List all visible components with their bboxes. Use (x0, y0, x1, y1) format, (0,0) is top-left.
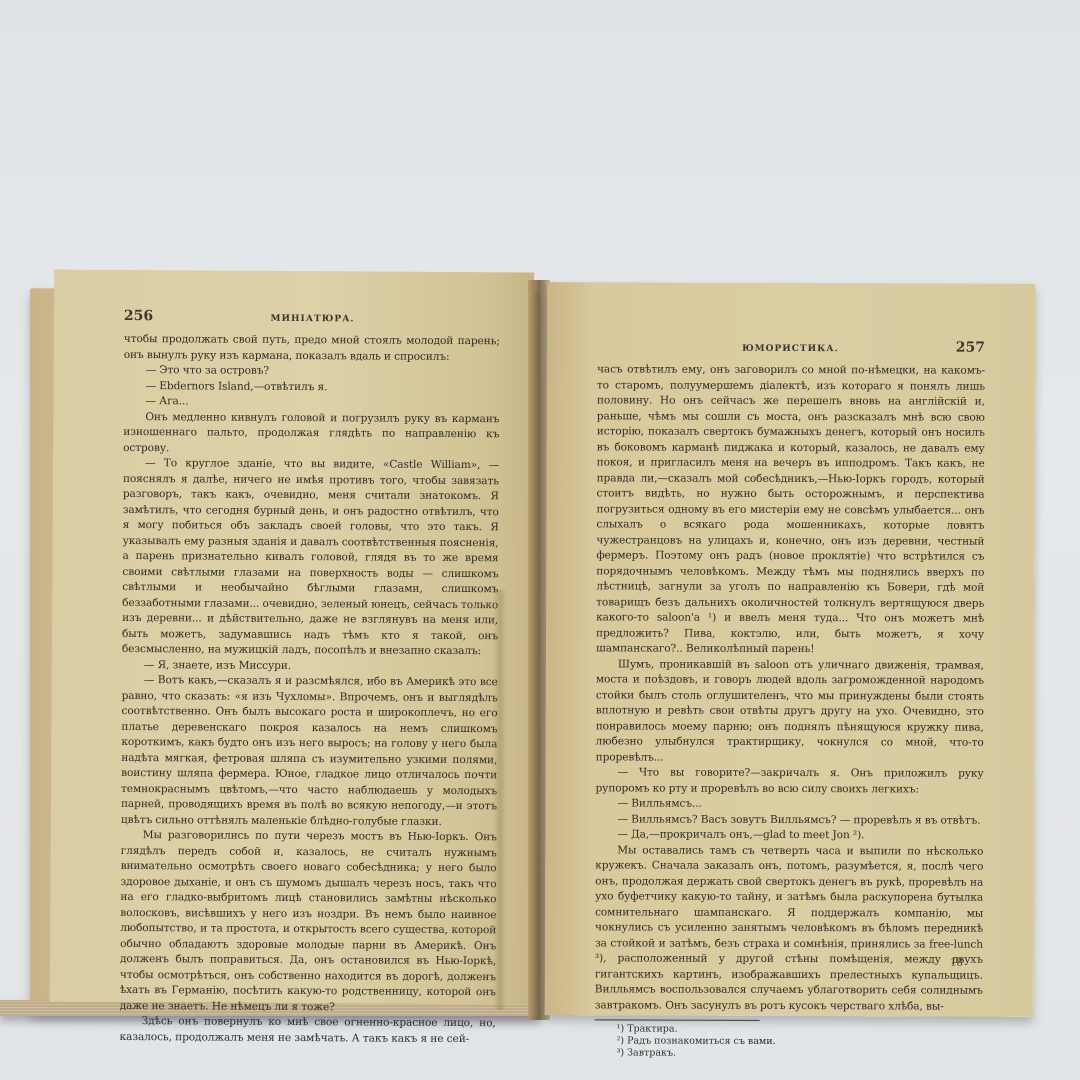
running-head-right: ЮМОРИСТИКА. 257 (597, 338, 985, 355)
signature-mark: 18 (950, 958, 963, 969)
paragraph: Мы разговорились по пути черезъ мостъ въ… (120, 828, 497, 1016)
running-head-left: 256 МИНІАТЮРА. (124, 308, 500, 326)
dialogue-line: — Вилльямсъ? Васъ зовутъ Вилльямсъ? — пр… (595, 812, 983, 829)
right-page: ЮМОРИСТИКА. 257 часъ отвѣтилъ ему, онъ з… (545, 282, 1036, 1017)
footnote-3: ³) Завтракъ. (617, 1047, 983, 1060)
running-title-left: МИНІАТЮРА. (271, 314, 355, 325)
body-text-left: чтобы продолжать свой путь, предо мной с… (120, 332, 500, 1047)
dialogue-line: — Вотъ какъ,—сказалъ я и разсмѣялся, ибо… (121, 673, 498, 830)
dialogue-line: — Да,—прокричалъ онъ,—glad to meet Jon ²… (595, 827, 983, 844)
dialogue-line: — Это что за островъ? (124, 363, 500, 381)
paper-fold-crease (493, 590, 507, 1010)
paragraph: чтобы продолжать свой путь, предо мной с… (124, 332, 500, 365)
body-text-right: часъ отвѣтилъ ему, онъ заговорилъ со мно… (595, 362, 985, 1014)
running-title-right: ЮМОРИСТИКА. (742, 344, 839, 354)
footnote-rule (595, 1019, 760, 1021)
page-number-right: 257 (956, 340, 985, 356)
dialogue-line: — Вилльямсъ... (595, 796, 983, 813)
paragraph: Онъ медленно кивнулъ головой и погрузилъ… (123, 409, 499, 458)
paragraph: Шумъ, проникавшій въ saloon отъ уличнаго… (596, 657, 984, 767)
paragraph: Мы оставались тамъ съ четверть часа и вы… (595, 843, 984, 1015)
paragraph: Здѣсь онъ повернулъ ко мнѣ свое огненно-… (120, 1014, 496, 1047)
left-page: 256 МИНІАТЮРА. чтобы продолжать свой пут… (50, 270, 534, 1005)
dialogue-line: — То круглое зданіе, что вы видите, «Cas… (122, 456, 499, 660)
footnotes: ¹) Трактира. ²) Радъ познакомиться съ ва… (595, 1023, 983, 1060)
dialogue-line: — Ага... (123, 394, 499, 412)
paragraph: часъ отвѣтилъ ему, онъ заговорилъ со мно… (596, 362, 985, 658)
dialogue-line: — Что вы говорите?—закричалъ я. Онъ прил… (595, 765, 983, 797)
page-number-left: 256 (124, 308, 153, 324)
